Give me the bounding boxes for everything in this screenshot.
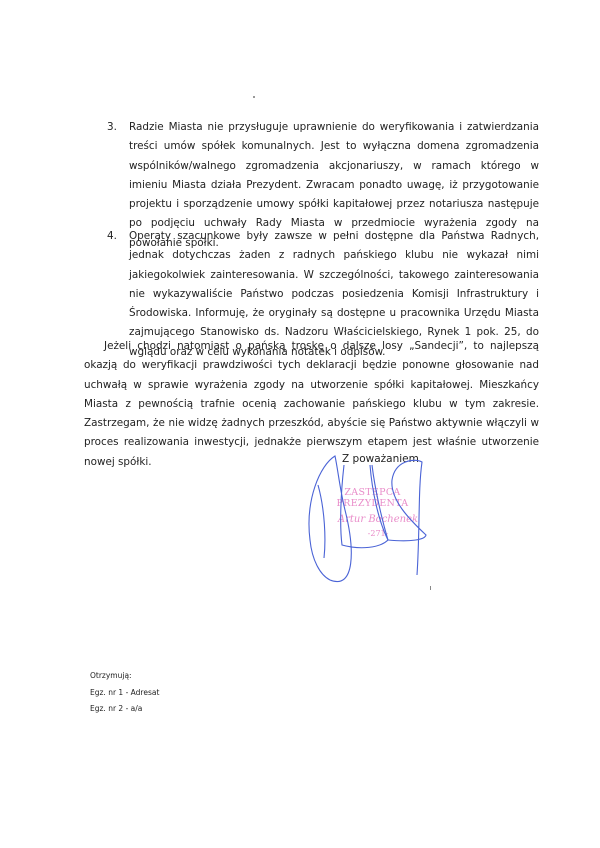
recipient-line: Egz. nr 2 - a/a <box>90 704 142 713</box>
scan-mark <box>430 586 431 590</box>
recipient-line: Egz. nr 1 - Adresat <box>90 688 159 697</box>
list-number: 4. <box>107 227 117 246</box>
list-number: 3. <box>107 118 117 137</box>
document-page: 3. Radzie Miasta nie przysługuje uprawni… <box>0 0 600 848</box>
scan-dot <box>253 96 255 98</box>
signature-icon <box>300 450 440 590</box>
recipients-heading: Otrzymują: <box>90 671 132 680</box>
